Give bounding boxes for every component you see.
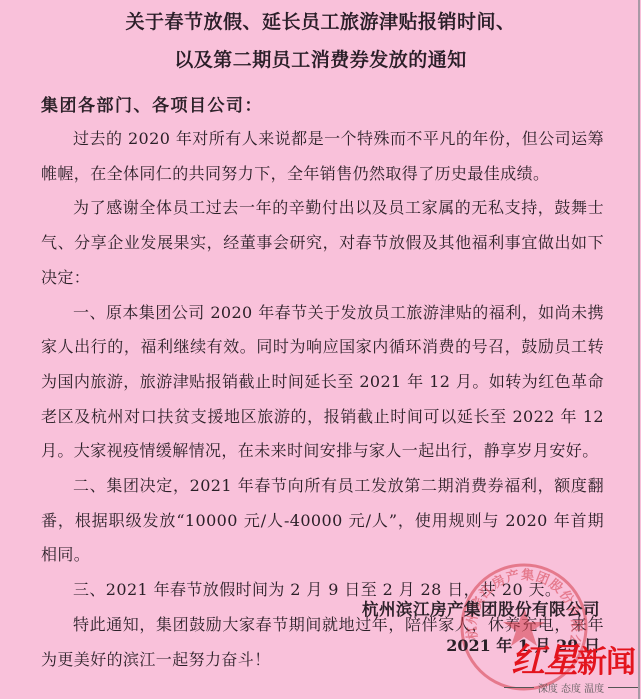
watermark-tagline-row: 深度 态度 温度 [504,680,638,695]
document-title-line-2: 以及第二期员工消费券发放的通知 [0,45,641,72]
signature-company: 杭州滨江房产集团股份有限公司 [362,596,600,620]
paragraph-intro: 过去的 2020 年对所有人来说都是一个特殊而不平凡的年份，但公司运筹帷幄，在全… [41,122,604,191]
paragraph-thanks: 为了感谢全体员工过去一年的辛勤付出以及员工家属的无私支持，鼓舞士气、分享企业发展… [41,191,604,295]
salutation: 集团各部门、各项目公司： [41,91,263,116]
watermark-brand-rest: 新闻 [577,645,635,680]
watermark-logo: 红星新闻 [511,633,635,682]
document-body: 过去的 2020 年对所有人来说都是一个特殊而不平凡的年份，但公司运筹帷幄，在全… [41,122,604,677]
document-page: 关于春节放假、延长员工旅游津贴报销时间、 以及第二期员工消费券发放的通知 集团各… [0,0,640,699]
watermark-tagline: 深度 态度 温度 [538,680,604,695]
document-title-line-1: 关于春节放假、延长员工旅游津贴报销时间、 [0,7,641,34]
divider-line [504,687,534,688]
paragraph-item-1: 一、原本集团公司 2020 年春节关于发放员工旅游津贴的福利，如尚未携家人出行的… [41,296,604,470]
divider-line [608,687,638,688]
paragraph-item-2: 二、集团决定，2021 年春节向所有员工发放第二期消费券福利，额度翻番，根据职级… [41,469,604,573]
news-watermark: 红星新闻 深度 态度 温度 [498,633,641,699]
watermark-brand-brush: 红星 [511,641,577,681]
